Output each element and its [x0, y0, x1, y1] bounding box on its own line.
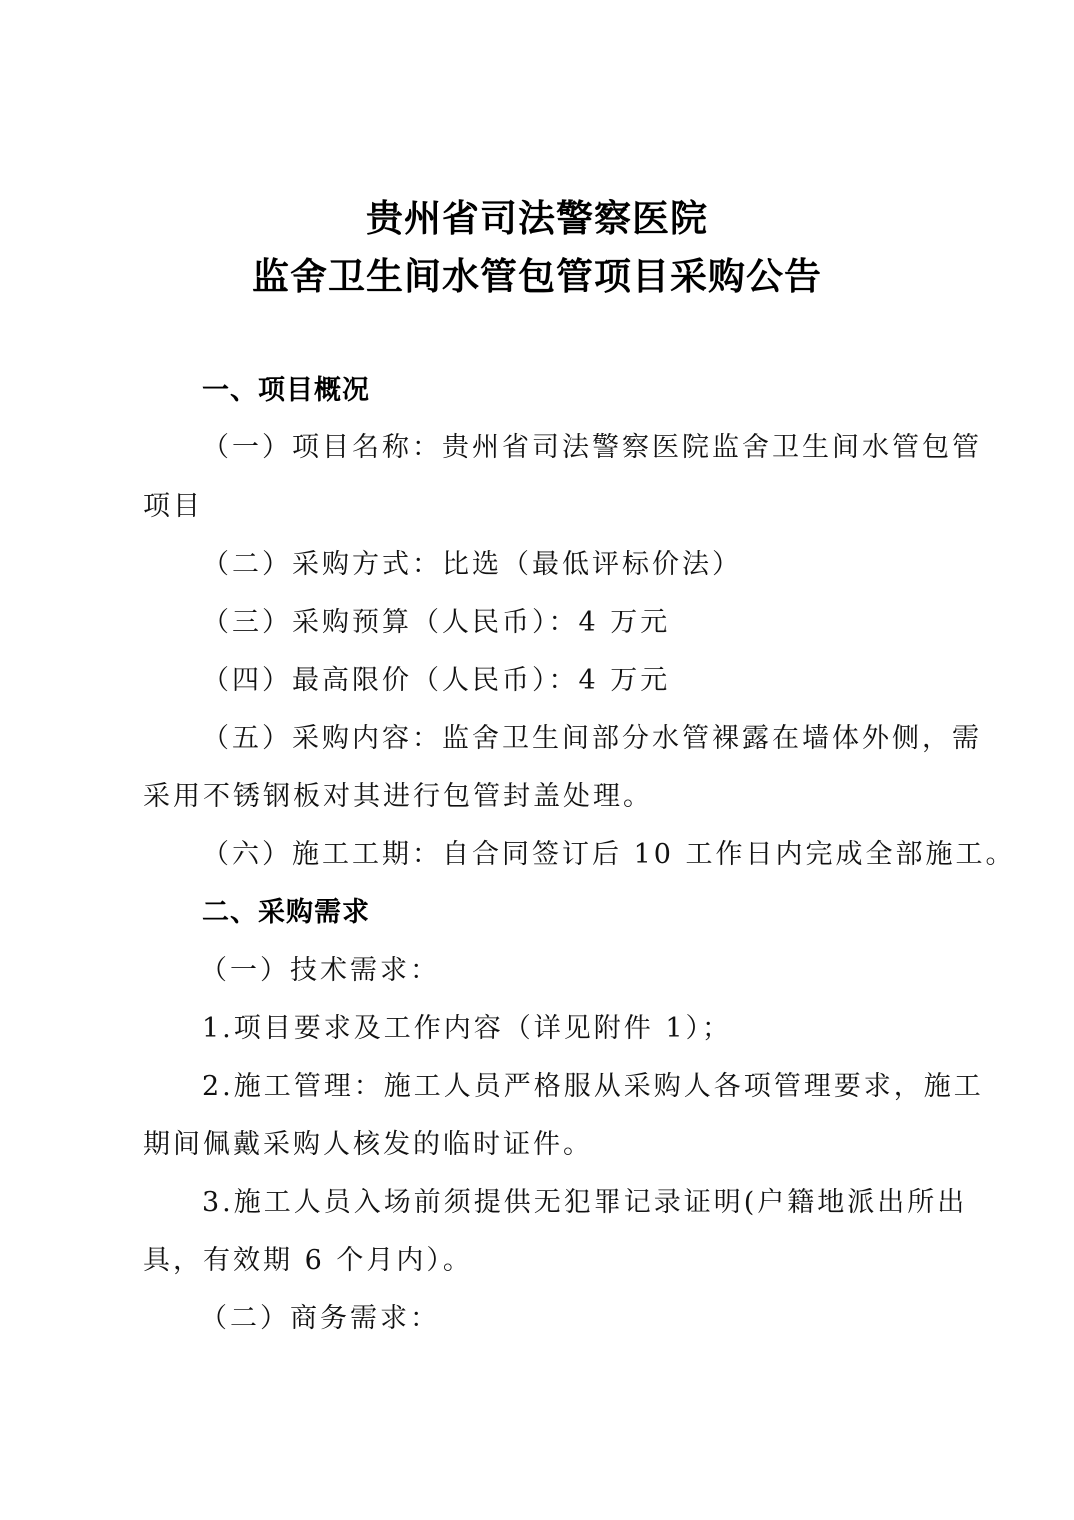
- tech-item-1: 1.项目要求及工作内容（详见附件 1）；: [202, 1006, 732, 1045]
- document-title-line2: 监舍卫生间水管包管项目采购公告: [0, 246, 1074, 300]
- tech-item-3: 3.施工人员入场前须提供无犯罪记录证明(户籍地派出所出: [202, 1180, 967, 1219]
- subsection-technical: （一）技术需求：: [200, 948, 440, 987]
- tech-item-2: 2.施工管理：施工人员严格服从采购人各项管理要求，施工: [202, 1064, 984, 1103]
- item-budget: （三）采购预算（人民币）：4 万元: [202, 600, 670, 639]
- item-content: （五）采购内容：监舍卫生间部分水管裸露在墙体外侧，需: [202, 716, 982, 755]
- subsection-business: （二）商务需求：: [200, 1296, 440, 1335]
- item-project-name: （一）项目名称：贵州省司法警察医院监舍卫生间水管包管: [202, 425, 982, 464]
- document-title-line1: 贵州省司法警察医院: [0, 188, 1074, 242]
- section-heading-overview: 一、项目概况: [202, 368, 370, 407]
- tech-item-3-cont: 具，有效期 6 个月内）。: [143, 1238, 473, 1277]
- item-content-cont: 采用不锈钢板对其进行包管封盖处理。: [143, 774, 653, 813]
- item-project-name-cont: 项目: [143, 484, 203, 523]
- tech-item-2-cont: 期间佩戴采购人核发的临时证件。: [143, 1122, 593, 1161]
- item-procurement-method: （二）采购方式：比选（最低评标价法）: [202, 542, 742, 581]
- item-max-price: （四）最高限价（人民币）：4 万元: [202, 658, 670, 697]
- section-heading-requirements: 二、采购需求: [202, 890, 370, 929]
- item-schedule: （六）施工工期：自合同签订后 10 工作日内完成全部施工。: [202, 832, 1016, 871]
